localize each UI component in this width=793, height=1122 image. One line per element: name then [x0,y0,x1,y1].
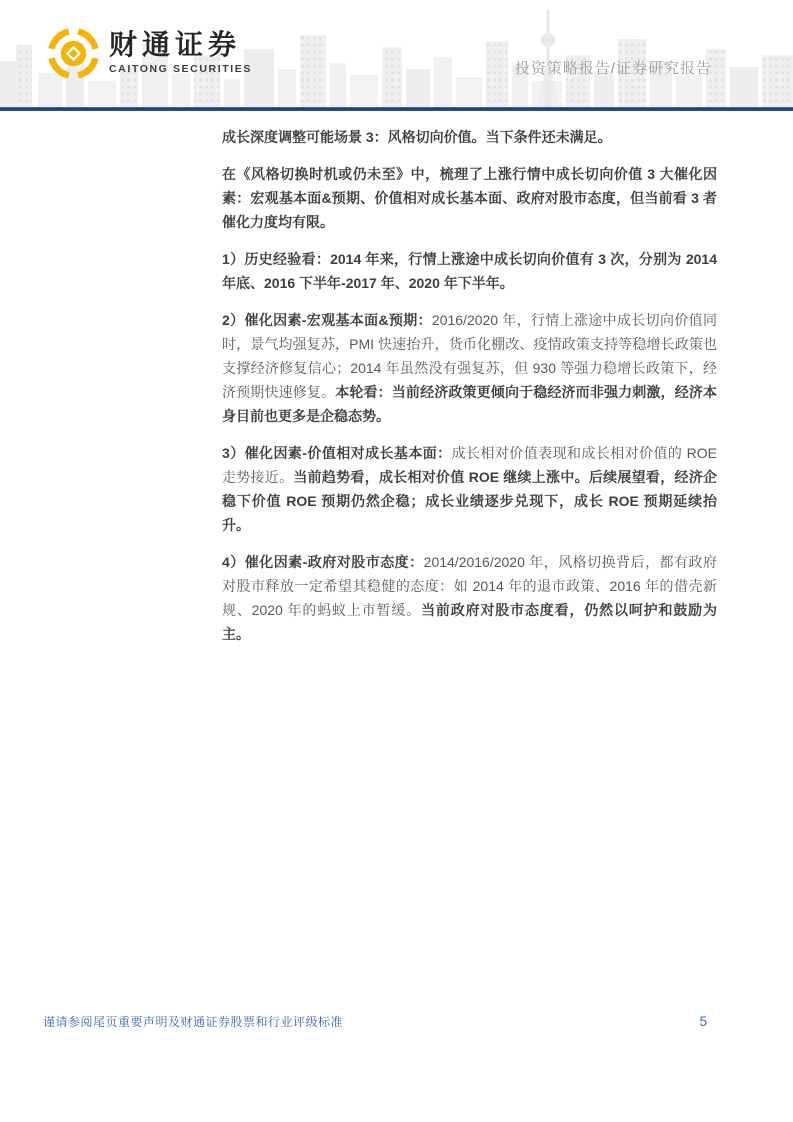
caitong-coin-icon [47,27,100,80]
logo-name-cn: 财通证券 [109,31,252,61]
paragraph: 4）催化因素-政府对股市态度：2014/2016/2020 年，风格切换背后，都… [222,550,717,646]
logo-name-en: CAITONG SECURITIES [109,63,252,76]
page-header: 财通证券 CAITONG SECURITIES 投资策略报告/证券研究报告 [0,0,793,107]
footer-disclaimer: 谨请参阅尾页重要声明及财通证券股票和行业评级标准 [43,1013,343,1030]
header-divider [0,107,793,111]
paragraph-text-bold: 在《风格切换时机或仍未至》中，梳理了上涨行情中成长切向价值 3 大催化因素：宏观… [222,166,717,230]
paragraph: 1）历史经验看：2014 年来，行情上涨途中成长切向价值有 3 次，分别为 20… [222,247,717,295]
report-body: 成长深度调整可能场景 3：风格切向价值。当下条件还未满足。在《风格切换时机或仍未… [222,125,717,659]
page-number: 5 [699,1014,707,1029]
paragraph-text-bold: 4）催化因素-政府对股市态度： [222,554,424,570]
paragraph-text-bold: 成长深度调整可能场景 3：风格切向价值。当下条件还未满足。 [222,129,612,145]
paragraph-text-bold: 3）催化因素-价值相对成长基本面： [222,445,452,461]
paragraph-text-bold: 当前趋势看，成长相对价值 ROE 继续上涨中。后续展望看，经济企稳下价值 ROE… [222,469,717,533]
paragraph: 3）催化因素-价值相对成长基本面：成长相对价值表现和成长相对价值的 ROE 走势… [222,441,717,537]
paragraph: 2）催化因素-宏观基本面&预期：2016/2020 年，行情上涨途中成长切向价值… [222,308,717,428]
paragraph-text-bold: 1）历史经验看：2014 年来，行情上涨途中成长切向价值有 3 次，分别为 20… [222,251,717,291]
report-type-label: 投资策略报告/证券研究报告 [515,57,712,78]
report-page: 财通证券 CAITONG SECURITIES 投资策略报告/证券研究报告 成长… [0,0,793,1122]
paragraph-text-bold: 2）催化因素-宏观基本面&预期： [222,312,432,328]
paragraph: 在《风格切换时机或仍未至》中，梳理了上涨行情中成长切向价值 3 大催化因素：宏观… [222,162,717,234]
caitong-logo: 财通证券 CAITONG SECURITIES [47,27,252,80]
page-footer: 谨请参阅尾页重要声明及财通证券股票和行业评级标准 5 [43,1013,707,1030]
paragraph: 成长深度调整可能场景 3：风格切向价值。当下条件还未满足。 [222,125,717,149]
logo-text: 财通证券 CAITONG SECURITIES [109,31,252,76]
